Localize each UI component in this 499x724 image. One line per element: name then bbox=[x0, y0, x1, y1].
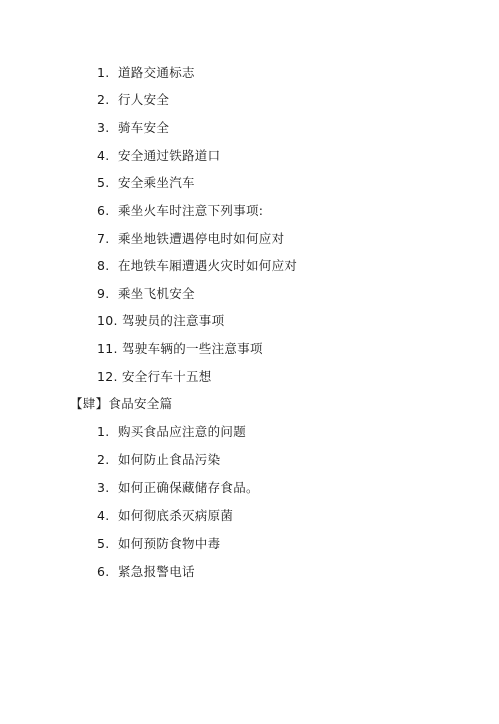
list-item: 9.乘坐飞机安全 bbox=[97, 285, 195, 303]
item-text: 安全通过铁路道口 bbox=[118, 148, 220, 163]
item-number: 11. bbox=[97, 340, 122, 358]
item-number: 8. bbox=[97, 257, 118, 275]
list-item: 12.安全行车十五想 bbox=[97, 368, 212, 386]
item-number: 1. bbox=[97, 423, 118, 441]
list-item: 3.如何正确保藏储存食品。 bbox=[97, 479, 259, 497]
section-heading: 【肆】食品安全篇 bbox=[70, 395, 172, 413]
list-item: 5.安全乘坐汽车 bbox=[97, 174, 195, 192]
item-text: 在地铁车厢遭遇火灾时如何应对 bbox=[118, 258, 297, 273]
list-item: 2.如何防止食品污染 bbox=[97, 451, 220, 469]
item-text: 驾驶车辆的一些注意事项 bbox=[122, 341, 263, 356]
item-number: 4. bbox=[97, 147, 118, 165]
item-text: 紧急报警电话 bbox=[118, 564, 195, 579]
list-item: 4.安全通过铁路道口 bbox=[97, 147, 220, 165]
list-item: 1.道路交通标志 bbox=[97, 64, 195, 82]
item-text: 如何彻底杀灭病原菌 bbox=[118, 508, 233, 523]
document-page: 1.道路交通标志 2.行人安全 3.骑车安全 4.安全通过铁路道口 5.安全乘坐… bbox=[0, 0, 499, 724]
item-number: 9. bbox=[97, 285, 118, 303]
item-number: 7. bbox=[97, 230, 118, 248]
item-text: 行人安全 bbox=[118, 92, 169, 107]
list-item: 8.在地铁车厢遭遇火灾时如何应对 bbox=[97, 257, 297, 275]
list-item: 3.骑车安全 bbox=[97, 119, 169, 137]
list-item: 1.购买食品应注意的问题 bbox=[97, 423, 246, 441]
item-number: 2. bbox=[97, 451, 118, 469]
item-text: 乘坐飞机安全 bbox=[118, 286, 195, 301]
item-text: 如何预防食物中毒 bbox=[118, 536, 220, 551]
list-item: 6.乘坐火车时注意下列事项: bbox=[97, 202, 263, 220]
item-number: 5. bbox=[97, 174, 118, 192]
list-item: 7.乘坐地铁遭遇停电时如何应对 bbox=[97, 230, 284, 248]
list-item: 5.如何预防食物中毒 bbox=[97, 535, 220, 553]
item-text: 安全乘坐汽车 bbox=[118, 175, 195, 190]
item-number: 4. bbox=[97, 507, 118, 525]
item-number: 5. bbox=[97, 535, 118, 553]
item-text: 驾驶员的注意事项 bbox=[122, 313, 224, 328]
item-text: 道路交通标志 bbox=[118, 65, 195, 80]
item-text: 安全行车十五想 bbox=[122, 369, 212, 384]
item-number: 2. bbox=[97, 91, 118, 109]
item-number: 3. bbox=[97, 479, 118, 497]
list-item: 6.紧急报警电话 bbox=[97, 563, 195, 581]
item-number: 1. bbox=[97, 64, 118, 82]
item-text: 乘坐火车时注意下列事项: bbox=[118, 203, 263, 218]
item-number: 6. bbox=[97, 202, 118, 220]
item-number: 10. bbox=[97, 312, 122, 330]
item-text: 乘坐地铁遭遇停电时如何应对 bbox=[118, 231, 284, 246]
list-item: 4.如何彻底杀灭病原菌 bbox=[97, 507, 233, 525]
list-item: 11.驾驶车辆的一些注意事项 bbox=[97, 340, 263, 358]
item-text: 如何防止食品污染 bbox=[118, 452, 220, 467]
item-text: 如何正确保藏储存食品。 bbox=[118, 480, 259, 495]
item-number: 6. bbox=[97, 563, 118, 581]
item-number: 12. bbox=[97, 368, 122, 386]
item-number: 3. bbox=[97, 119, 118, 137]
list-item: 2.行人安全 bbox=[97, 91, 169, 109]
item-text: 购买食品应注意的问题 bbox=[118, 424, 246, 439]
item-text: 骑车安全 bbox=[118, 120, 169, 135]
list-item: 10.驾驶员的注意事项 bbox=[97, 312, 224, 330]
